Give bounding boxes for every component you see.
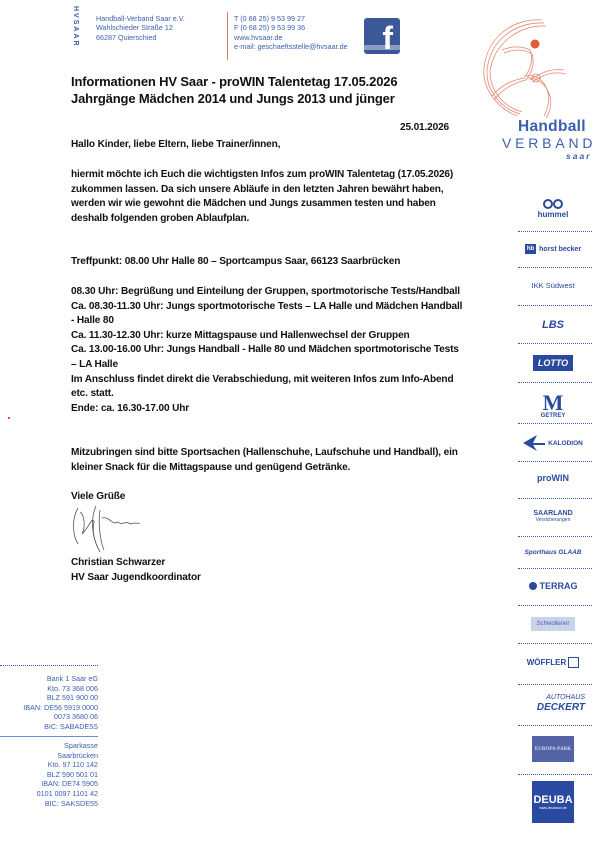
mcdonalds-arches-icon: M [543, 393, 564, 413]
bank-account-1: Bank 1 Saar eG Kto. 73 368 006 BLZ 591 9… [23, 674, 98, 732]
account-number: Kto. 97 110 142 [37, 760, 98, 770]
signer-name: Christian Schwarzer [71, 556, 201, 571]
sponsor-subtext: www.deubaxxl.de [539, 806, 566, 810]
org-name: Handball-Verband Saar e.V. [96, 14, 185, 23]
sponsor-text: hummel [538, 210, 569, 219]
schedule-item: Ende: ca. 16.30-17.00 Uhr [71, 402, 466, 417]
sponsor-text: WÖFFLER [527, 658, 567, 667]
sponsor-text: IKK Südwest [532, 281, 575, 290]
sponsor-text: EUROPA-PARK [532, 736, 574, 762]
sponsor-separator [518, 305, 592, 306]
sponsor-separator [518, 231, 592, 232]
sponsor-separator [518, 605, 592, 606]
sponsor-schwollener: Schwollener [513, 614, 593, 634]
bring-along-paragraph: Mitzubringen sind bitte Sportsachen (Hal… [71, 446, 471, 475]
sponsor-separator [518, 343, 592, 344]
blz: BLZ 590 501 01 [37, 770, 98, 780]
facebook-glyph: f [382, 20, 393, 57]
schedule-item: Ca. 11.30-12.30 Uhr: kurze Mittagspause … [71, 329, 466, 344]
kalodion-logo-icon [523, 435, 545, 451]
bank-account-2: Sparkasse Saarbrücken Kto. 97 110 142 BL… [37, 741, 98, 808]
hvs-vertical-mark: HVSAAR [71, 6, 79, 48]
deuba-logo-icon: DEUBA www.deubaxxl.de [532, 781, 574, 823]
sponsor-separator [518, 536, 592, 537]
sponsor-subtext: Versicherungen [536, 517, 571, 523]
letter-title: Informationen HV Saar - proWIN Talenteta… [71, 73, 397, 107]
sponsor-text: LOTTO [533, 355, 573, 371]
sponsor-text: AUTOHAUS [546, 694, 585, 702]
stray-mark [8, 417, 10, 419]
schedule-item: Im Anschluss findet direkt die Verabschi… [71, 373, 466, 402]
contact-info: T (0 68 25) 9 53 99 27 F (0 68 25) 9 53 … [234, 14, 348, 51]
schedule-item: Ca. 08.30-11.30 Uhr: Jungs sportmotorisc… [71, 300, 466, 329]
meeting-point: Treffpunkt: 08.00 Uhr Halle 80 – Sportca… [71, 256, 400, 267]
phone: T (0 68 25) 9 53 99 27 [234, 14, 348, 23]
schedule: 08.30 Uhr: Begrüßung und Einteilung der … [71, 285, 466, 416]
iban: IBAN: DE74 5905 [37, 779, 98, 789]
sponsor-europa-park: EUROPA-PARK [513, 736, 593, 762]
sponsor-deckert: AUTOHAUS DECKERT [513, 692, 593, 714]
sponsor-separator [518, 643, 592, 644]
bank-name: Bank 1 Saar eG [23, 674, 98, 684]
sponsor-text: GETREY [541, 413, 566, 419]
greeting: Hallo Kinder, liebe Eltern, liebe Traine… [71, 139, 280, 150]
facebook-icon[interactable]: f [364, 18, 400, 54]
logo-saar-text: saar [566, 151, 592, 161]
sponsor-terrag: TERRAG [513, 576, 593, 596]
bic: BIC: SAKSDE55 [37, 799, 98, 809]
bic: BIC: SABADE5S [23, 722, 98, 732]
title-line-1: Informationen HV Saar - proWIN Talenteta… [71, 73, 397, 90]
intro-paragraph: hiermit möchte ich Euch die wichtigsten … [71, 168, 461, 226]
schedule-item: Ca. 13.00-16.00 Uhr: Jungs Handball - Ha… [71, 343, 466, 372]
sponsor-getrey: M GETREY [513, 389, 593, 423]
hummel-logo-icon [541, 198, 565, 210]
sponsor-text: KALODION [548, 440, 583, 447]
organization-address: Handball-Verband Saar e.V. Wahlschieder … [96, 14, 185, 42]
fax: F (0 68 25) 9 53 99 36 [234, 23, 348, 32]
bank-name: Sparkasse [37, 741, 98, 751]
sponsor-text: Schwollener [531, 617, 576, 631]
website-link[interactable]: www.hvsaar.de [234, 33, 348, 42]
sponsor-text: LBS [542, 319, 564, 331]
signer-role: HV Saar Jugendkoordinator [71, 571, 201, 586]
sponsor-separator [518, 498, 592, 499]
org-street: Wahlschieder Straße 12 [96, 23, 185, 32]
sponsor-hummel: hummel [513, 193, 593, 223]
iban-cont: 0073 3680 06 [23, 712, 98, 722]
account-number: Kto. 73 368 006 [23, 684, 98, 694]
iban-cont: 0101 0097 1101 42 [37, 789, 98, 799]
sponsor-woeffler: WÖFFLER [513, 652, 593, 672]
sponsor-saarland-versicherungen: SAARLAND Versicherungen [513, 504, 593, 528]
closing: Viele Grüße [71, 491, 125, 502]
sponsor-kalodion: KALODION [513, 432, 593, 454]
iban: IBAN: DE56 5919 0000 [23, 703, 98, 713]
header-divider [227, 12, 228, 60]
title-line-2: Jahrgänge Mädchen 2014 und Jungs 2013 un… [71, 90, 397, 107]
sponsor-separator [518, 423, 592, 424]
sponsor-lbs: LBS [513, 315, 593, 335]
sponsor-text: TERRAG [540, 581, 578, 591]
sponsor-separator [518, 461, 592, 462]
sponsor-separator [518, 725, 592, 726]
sponsor-ikk: IKK Südwest [513, 278, 593, 292]
sponsor-text: horst becker [539, 246, 581, 253]
sponsor-separator [518, 684, 592, 685]
blz: BLZ 591 900 00 [23, 693, 98, 703]
org-city: 66287 Quierschied [96, 33, 185, 42]
sponsor-subtext: DECKERT [537, 702, 585, 713]
sponsor-separator [518, 568, 592, 569]
signature-icon [70, 504, 150, 554]
sponsor-lotto: LOTTO [513, 352, 593, 374]
sponsor-text: SAARLAND [533, 510, 572, 517]
woeffler-icon [568, 657, 579, 668]
sponsor-prowin: proWIN [513, 469, 593, 487]
signer: Christian Schwarzer HV Saar Jugendkoordi… [71, 556, 201, 585]
sponsor-horst-becker: hb horst becker [513, 240, 593, 258]
sponsor-text: Sporthaus GLAAB [524, 549, 581, 556]
sponsor-separator [518, 774, 592, 775]
logo-handball-text: Handball [518, 118, 586, 136]
sponsor-separator [518, 267, 592, 268]
sponsor-glaab: Sporthaus GLAAB [513, 546, 593, 558]
sponsor-separator [518, 382, 592, 383]
hb-logo-icon: hb [525, 244, 536, 254]
sponsor-text: proWIN [537, 473, 569, 483]
schedule-item: 08.30 Uhr: Begrüßung und Einteilung der … [71, 285, 466, 300]
bank-divider [0, 736, 98, 737]
bank-city: Saarbrücken [37, 751, 98, 761]
sponsor-text: DEUBA [533, 794, 572, 806]
letter-date: 25.01.2026 [400, 122, 449, 133]
handball-ball-logo-icon [472, 8, 582, 118]
email-link[interactable]: e-mail: geschaeftsstelle@hvsaar.de [234, 42, 348, 51]
bank-divider-dotted [0, 665, 98, 666]
logo-verband-text: VERBAND [502, 135, 595, 151]
terrag-dot-icon [529, 582, 537, 590]
sponsor-deuba: DEUBA www.deubaxxl.de [513, 781, 593, 823]
